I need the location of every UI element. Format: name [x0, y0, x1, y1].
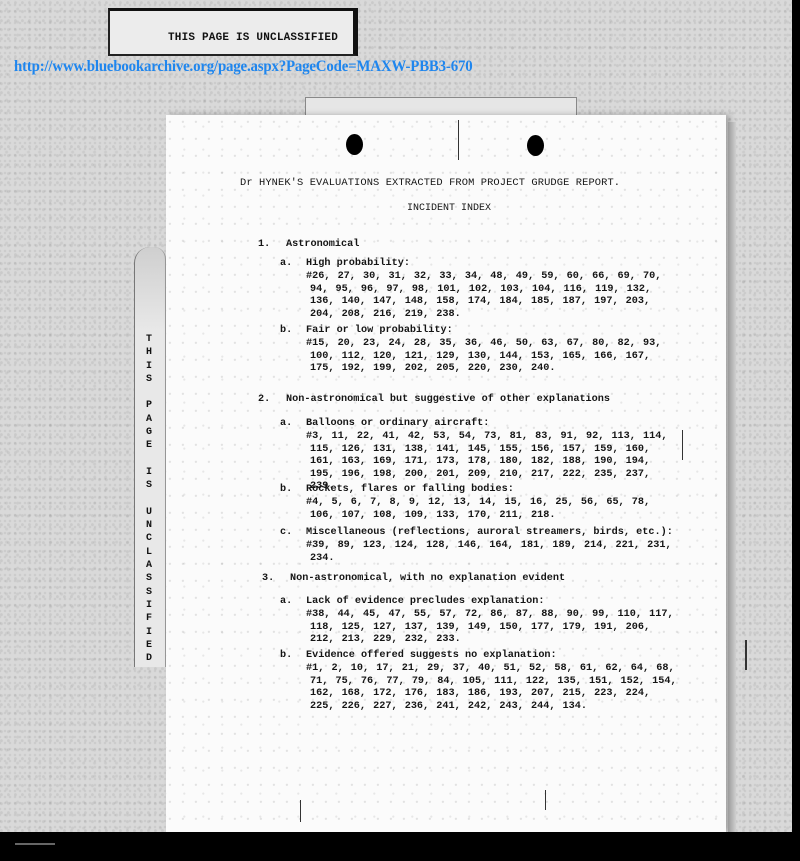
page-fold-shadow: [728, 122, 736, 832]
scan-mark: [15, 843, 55, 845]
subsection-letter: c.: [280, 527, 292, 539]
case-number-list: #1, 2, 10, 17, 21, 29, 37, 40, 51, 52, 5…: [306, 663, 680, 713]
subsection-1b: b. Fair or low probability: #15, 20, 23,…: [306, 325, 680, 376]
case-number-list: #4, 5, 6, 7, 8, 9, 12, 13, 14, 15, 16, 2…: [306, 497, 680, 522]
side-classification-stamp: T H I S P A G E I S U N C L A S S I F I …: [142, 333, 156, 665]
subsection-label: Evidence offered suggests no explanation…: [306, 650, 680, 662]
scan-scratch: [682, 430, 683, 460]
section-2-heading: 2.Non-astronomical but suggestive of oth…: [258, 394, 610, 406]
classification-stamp-text: THIS PAGE IS UNCLASSIFIED: [168, 32, 338, 44]
subsection-label: Lack of evidence precludes explanation:: [306, 596, 680, 608]
source-url-link[interactable]: http://www.bluebookarchive.org/page.aspx…: [14, 58, 472, 76]
subsection-2b: b. Rockets, flares or falling bodies: #4…: [306, 484, 680, 522]
subsection-letter: a.: [280, 258, 292, 270]
subsection-label: Rockets, flares or falling bodies:: [306, 484, 680, 496]
section-title: Astronomical: [286, 239, 359, 250]
punch-hole: [346, 134, 363, 155]
section-3-heading: 3.Non-astronomical, with no explanation …: [262, 573, 565, 585]
section-number: 3.: [262, 573, 290, 585]
scan-scratch: [545, 790, 546, 810]
subsection-letter: a.: [280, 418, 292, 430]
subsection-label: High probability:: [306, 258, 680, 270]
section-number: 1.: [258, 239, 286, 251]
subsection-label: Fair or low probability:: [306, 325, 680, 337]
document-subtitle: INCIDENT INDEX: [407, 203, 491, 215]
scan-scratch: [300, 800, 301, 822]
case-number-list: #26, 27, 30, 31, 32, 33, 34, 48, 49, 59,…: [306, 271, 680, 321]
subsection-2c: c. Miscellaneous (reflections, auroral s…: [306, 527, 700, 565]
section-title: Non-astronomical, with no explanation ev…: [290, 573, 565, 584]
section-1-heading: 1.Astronomical: [258, 239, 359, 251]
section-number: 2.: [258, 394, 286, 406]
document-title: Dr HYNEK'S EVALUATIONS EXTRACTED FROM PR…: [240, 177, 620, 189]
subsection-label: Balloons or ordinary aircraft:: [306, 418, 680, 430]
case-number-list: #38, 44, 45, 47, 55, 57, 72, 86, 87, 88,…: [306, 609, 680, 646]
classification-stamp-box: THIS PAGE IS UNCLASSIFIED: [108, 8, 358, 56]
subsection-2a: a. Balloons or ordinary aircraft: #3, 11…: [306, 418, 680, 493]
punch-hole: [527, 135, 544, 156]
subsection-label: Miscellaneous (reflections, auroral stre…: [306, 527, 700, 539]
case-number-list: #15, 20, 23, 24, 28, 35, 36, 46, 50, 63,…: [306, 338, 680, 375]
subsection-1a: a. High probability: #26, 27, 30, 31, 32…: [306, 258, 680, 321]
subsection-letter: a.: [280, 596, 292, 608]
section-title: Non-astronomical but suggestive of other…: [286, 394, 610, 405]
subsection-3a: a. Lack of evidence precludes explanatio…: [306, 596, 680, 647]
subsection-letter: b.: [280, 325, 292, 337]
scan-scratch: [458, 120, 459, 160]
subsection-letter: b.: [280, 650, 292, 662]
case-number-list: #39, 89, 123, 124, 128, 146, 164, 181, 1…: [306, 540, 700, 565]
subsection-3b: b. Evidence offered suggests no explanat…: [306, 650, 680, 713]
subsection-letter: b.: [280, 484, 292, 496]
scan-scratch: [745, 640, 747, 670]
